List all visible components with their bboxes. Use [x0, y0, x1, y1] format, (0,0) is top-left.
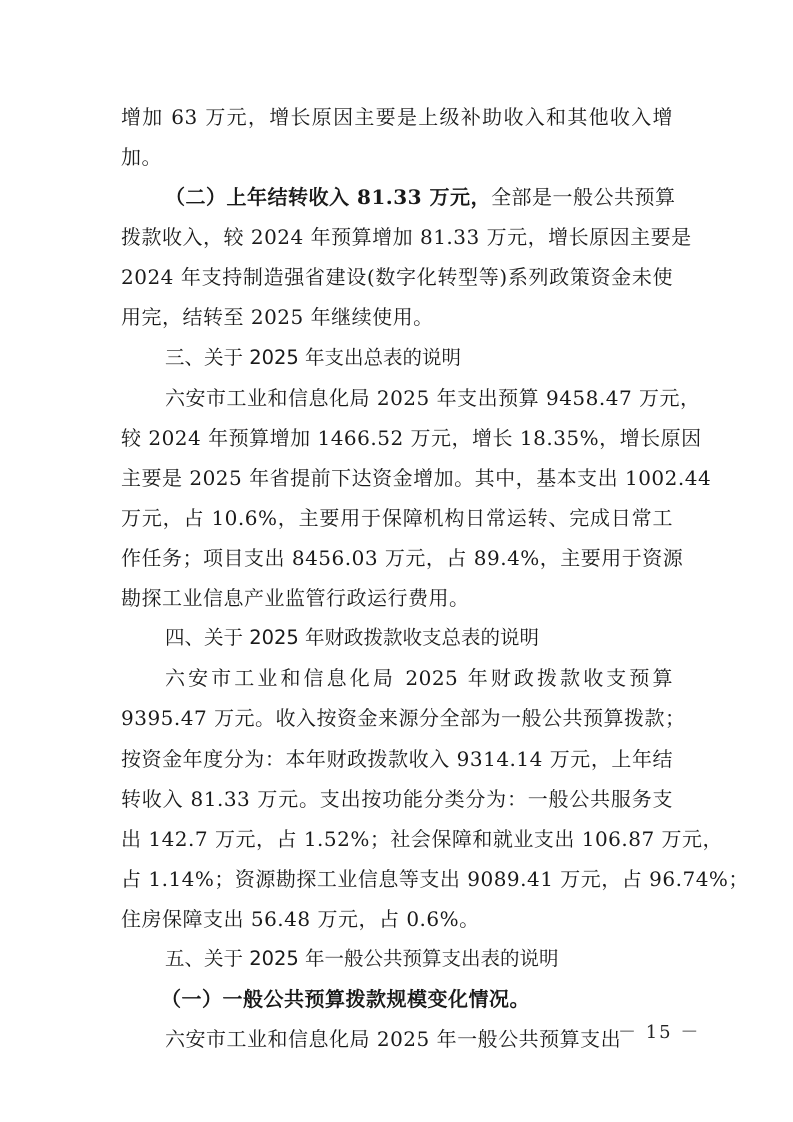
text-line: 主要是 2025 年省提前下达资金增加。其中，基本支出 1002.44: [121, 458, 673, 498]
subsection-heading-5-1: （一）一般公共预算拨款规模变化情况。: [121, 979, 673, 1019]
text-line: 六安市工业和信息化局 2025 年财政拨款收支预算: [121, 658, 673, 698]
text-line: 转收入 81.33 万元。支出按功能分类分为：一般公共服务支: [121, 779, 673, 819]
text-line: 六安市工业和信息化局 2025 年支出预算 9458.47 万元，: [121, 378, 673, 418]
text-line: 增加 63 万元，增长原因主要是上级补助收入和其他收入增: [121, 97, 673, 137]
text-line: 万元，占 10.6%，主要用于保障机构日常运转、完成日常工: [121, 498, 673, 538]
text-line: 9395.47 万元。收入按资金来源分全部为一般公共预算拨款；: [121, 698, 673, 738]
text-line: 作任务；项目支出 8456.03 万元，占 89.4%，主要用于资源: [121, 538, 673, 578]
text-line: 加。: [121, 137, 673, 177]
document-page: 增加 63 万元，增长原因主要是上级补助收入和其他收入增 加。 （二）上年结转收…: [121, 97, 673, 1059]
carryover-line: （二）上年结转收入 81.33 万元，全部是一般公共预算: [121, 177, 673, 217]
text-line: 六安市工业和信息化局 2025 年一般公共预算支出: [121, 1019, 673, 1059]
text-fragment: 全部是一般公共预算: [491, 185, 676, 209]
text-line: 较 2024 年预算增加 1466.52 万元，增长 18.35%，增长原因: [121, 418, 673, 458]
carryover-lead-bold: （二）上年结转收入 81.33 万元，: [165, 185, 491, 209]
text-line: 住房保障支出 56.48 万元，占 0.6%。: [121, 899, 673, 939]
section-heading-5: 五、关于 2025 年一般公共预算支出表的说明: [121, 939, 673, 979]
text-line: 拨款收入，较 2024 年预算增加 81.33 万元，增长原因主要是: [121, 217, 673, 257]
text-line: 按资金年度分为：本年财政拨款收入 9314.14 万元，上年结: [121, 739, 673, 779]
text-line: 出 142.7 万元，占 1.52%；社会保障和就业支出 106.87 万元，: [121, 819, 673, 859]
text-line: 2024 年支持制造强省建设(数字化转型等)系列政策资金未使: [121, 257, 673, 297]
text-line: 用完，结转至 2025 年继续使用。: [121, 297, 673, 337]
text-line: 占 1.14%；资源勘探工业信息等支出 9089.41 万元，占 96.74%；: [121, 859, 673, 899]
section-heading-3: 三、关于 2025 年支出总表的说明: [121, 338, 673, 378]
page-number: － 15 －: [618, 1018, 700, 1044]
section-heading-4: 四、关于 2025 年财政拨款收支总表的说明: [121, 618, 673, 658]
text-line: 勘探工业信息产业监管行政运行费用。: [121, 578, 673, 618]
